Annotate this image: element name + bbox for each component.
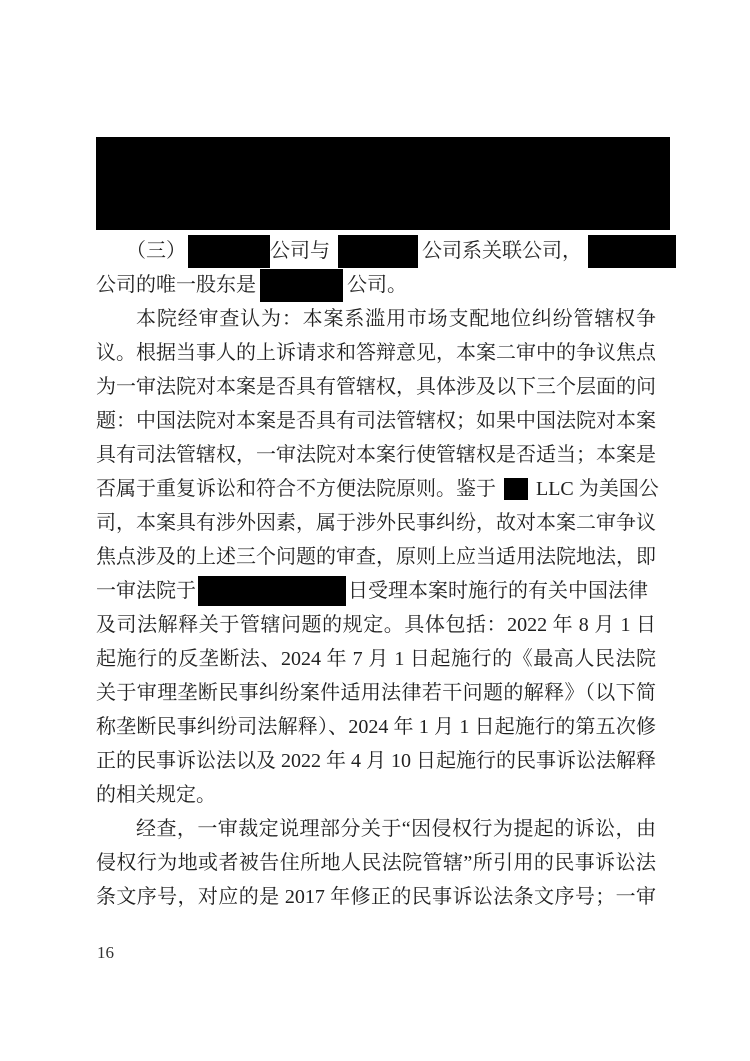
line-text: 焦点涉及的上述三个问题的审查，原则上应当适用法院地法，即 (96, 546, 656, 568)
text-line: 一审法院于日受理本案时施行的有关中国法律 (96, 574, 656, 608)
page-number: 16 (97, 943, 114, 963)
document-body: （三）公司与公司系关联公司，公司的唯一股东是公司。本院经审查认为：本案系滥用市场… (96, 234, 656, 914)
line-text: 条文序号，对应的是 2017 年修正的民事诉讼法条文序号；一审 (96, 886, 656, 908)
text-line: 经查，一审裁定说理部分关于“因侵权行为提起的诉讼，由 (96, 812, 656, 846)
line-text: 正的民事诉讼法以及 2022 年 4 月 10 日起施行的民事诉讼法解释 (96, 750, 656, 772)
line-text: 起施行的反垄断法、2024 年 7 月 1 日起施行的《最高人民法院 (96, 648, 656, 670)
text-line: 具有司法管辖权，一审法院对本案行使管辖权是否适当；本案是 (96, 438, 656, 472)
text-line: 司，本案具有涉外因素，属于涉外民事纠纷，故对本案二审争议 (96, 506, 656, 540)
text-line: 正的民事诉讼法以及 2022 年 4 月 10 日起施行的民事诉讼法解释 (96, 744, 656, 778)
line-text: LLC 为美国公 (536, 478, 659, 500)
redaction-box (198, 576, 346, 606)
line-text: 公司与 (270, 240, 330, 262)
text-line: 的相关规定。 (96, 778, 656, 812)
text-line: 称垄断民事纠纷司法解释）、2024 年 1 月 1 日起施行的第五次修 (96, 710, 656, 744)
text-line: 条文序号，对应的是 2017 年修正的民事诉讼法条文序号；一审 (96, 880, 656, 914)
redaction-box (338, 235, 418, 268)
redaction-box (260, 269, 343, 302)
text-line: 题：中国法院对本案是否具有司法管辖权；如果中国法院对本案 (96, 404, 656, 438)
line-text: 经查，一审裁定说理部分关于“因侵权行为提起的诉讼，由 (136, 818, 656, 840)
text-line: 本院经审查认为：本案系滥用市场支配地位纠纷管辖权争 (96, 302, 656, 336)
line-text: （三） (126, 240, 186, 262)
redaction-box (504, 478, 528, 500)
text-line: 起施行的反垄断法、2024 年 7 月 1 日起施行的《最高人民法院 (96, 642, 656, 676)
line-text: 题：中国法院对本案是否具有司法管辖权；如果中国法院对本案 (96, 410, 656, 432)
line-text: 公司系关联公司， (422, 240, 582, 262)
redacted-header-block (96, 137, 670, 230)
line-text: 称垄断民事纠纷司法解释）、2024 年 1 月 1 日起施行的第五次修 (96, 716, 656, 738)
text-line: 议。根据当事人的上诉请求和答辩意见，本案二审中的争议焦点 (96, 336, 656, 370)
line-text: 关于审理垄断民事纠纷案件适用法律若干问题的解释》（以下简 (96, 682, 656, 704)
line-text: 公司的唯一股东是 (96, 274, 256, 296)
line-text: 为一审法院对本案是否具有管辖权，具体涉及以下三个层面的问 (96, 376, 656, 398)
text-line: （三）公司与公司系关联公司， (96, 234, 656, 268)
text-line: 公司的唯一股东是公司。 (96, 268, 656, 302)
line-text: 具有司法管辖权，一审法院对本案行使管辖权是否适当；本案是 (96, 444, 656, 466)
text-line: 否属于重复诉讼和符合不方便法院原则。鉴于LLC 为美国公 (96, 472, 656, 506)
text-line: 为一审法院对本案是否具有管辖权，具体涉及以下三个层面的问 (96, 370, 656, 404)
redaction-box (588, 235, 676, 268)
line-text: 一审法院于 (96, 580, 196, 602)
text-line: 及司法解释关于管辖问题的规定。具体包括：2022 年 8 月 1 日 (96, 608, 656, 642)
line-text: 本院经审查认为：本案系滥用市场支配地位纠纷管辖权争 (136, 308, 656, 330)
text-line: 焦点涉及的上述三个问题的审查，原则上应当适用法院地法，即 (96, 540, 656, 574)
line-text: 议。根据当事人的上诉请求和答辩意见，本案二审中的争议焦点 (96, 342, 656, 364)
text-line: 关于审理垄断民事纠纷案件适用法律若干问题的解释》（以下简 (96, 676, 656, 710)
line-text: 侵权行为地或者被告住所地人民法院管辖”所引用的民事诉讼法 (96, 852, 656, 874)
document-page: （三）公司与公司系关联公司，公司的唯一股东是公司。本院经审查认为：本案系滥用市场… (0, 0, 750, 1061)
line-text: 否属于重复诉讼和符合不方便法院原则。鉴于 (96, 478, 496, 500)
redaction-box (188, 235, 270, 268)
line-text: 司，本案具有涉外因素，属于涉外民事纠纷，故对本案二审争议 (96, 512, 656, 534)
line-text: 及司法解释关于管辖问题的规定。具体包括：2022 年 8 月 1 日 (96, 614, 656, 636)
text-line: 侵权行为地或者被告住所地人民法院管辖”所引用的民事诉讼法 (96, 846, 656, 880)
line-text: 日受理本案时施行的有关中国法律 (348, 580, 648, 602)
line-text: 公司。 (347, 274, 407, 296)
line-text: 的相关规定。 (96, 784, 216, 806)
document-content: （三）公司与公司系关联公司，公司的唯一股东是公司。本院经审查认为：本案系滥用市场… (96, 137, 656, 914)
